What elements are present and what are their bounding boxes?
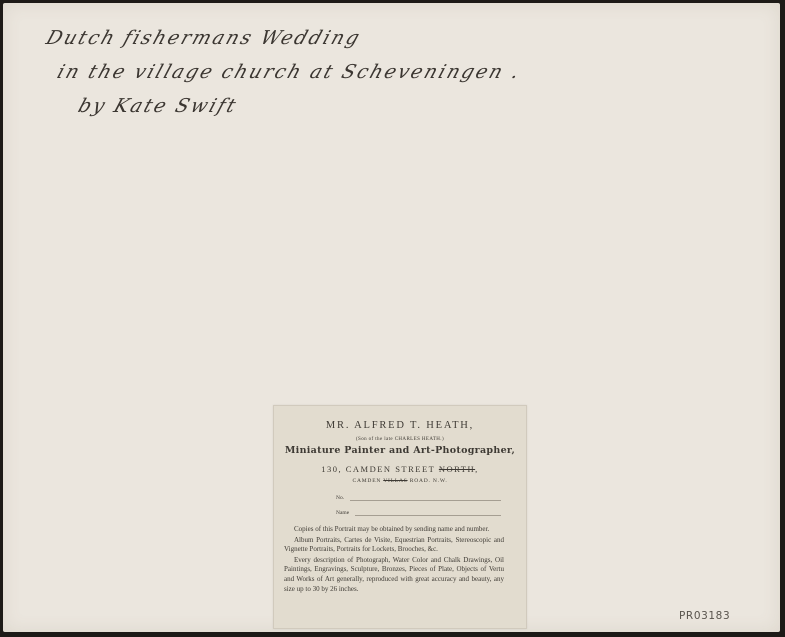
studio-road-address: CAMDEN VILLAS ROAD. N.W.: [274, 478, 526, 484]
inscription-line-2: in the village church at Scheveningen .: [54, 61, 524, 83]
catalog-number: PR03183: [679, 610, 730, 622]
studio-label: MR. ALFRED T. HEATH, (Son of the late CH…: [273, 405, 527, 629]
studio-street-address: 130, CAMDEN STREET NORTH,: [274, 464, 526, 474]
field-name: Name: [336, 509, 501, 516]
street-prefix: 130, CAMDEN STREET: [321, 464, 439, 474]
photographer-parentage: (Son of the late CHARLES HEATH.): [274, 437, 526, 442]
inscription-line-3: by Kate Swift: [75, 95, 240, 117]
field-number-line: [350, 494, 501, 501]
photographer-trade: Miniature Painter and Art-Photographer,: [274, 445, 526, 456]
label-paragraph-portraits: Album Portraits, Cartes de Visite, Eques…: [284, 536, 504, 555]
road-prefix: CAMDEN: [353, 478, 384, 484]
label-paragraph-services: Every description of Photograph, Water C…: [284, 556, 504, 594]
field-number: No.: [336, 494, 501, 501]
street-suffix: ,: [475, 464, 479, 474]
inscription-line-1: Dutch fishermans Wedding: [43, 27, 364, 49]
road-suffix: ROAD. N.W.: [408, 478, 448, 484]
street-struck-text: NORTH: [439, 464, 475, 474]
label-body-text: Copies of this Portrait may be obtained …: [284, 525, 504, 595]
field-name-line: [355, 509, 501, 516]
field-number-label: No.: [336, 495, 344, 501]
label-paragraph-copies: Copies of this Portrait may be obtained …: [284, 525, 504, 535]
photographer-name: MR. ALFRED T. HEATH,: [274, 420, 526, 431]
road-struck-text: VILLAS: [383, 478, 407, 484]
field-name-label: Name: [336, 510, 349, 516]
